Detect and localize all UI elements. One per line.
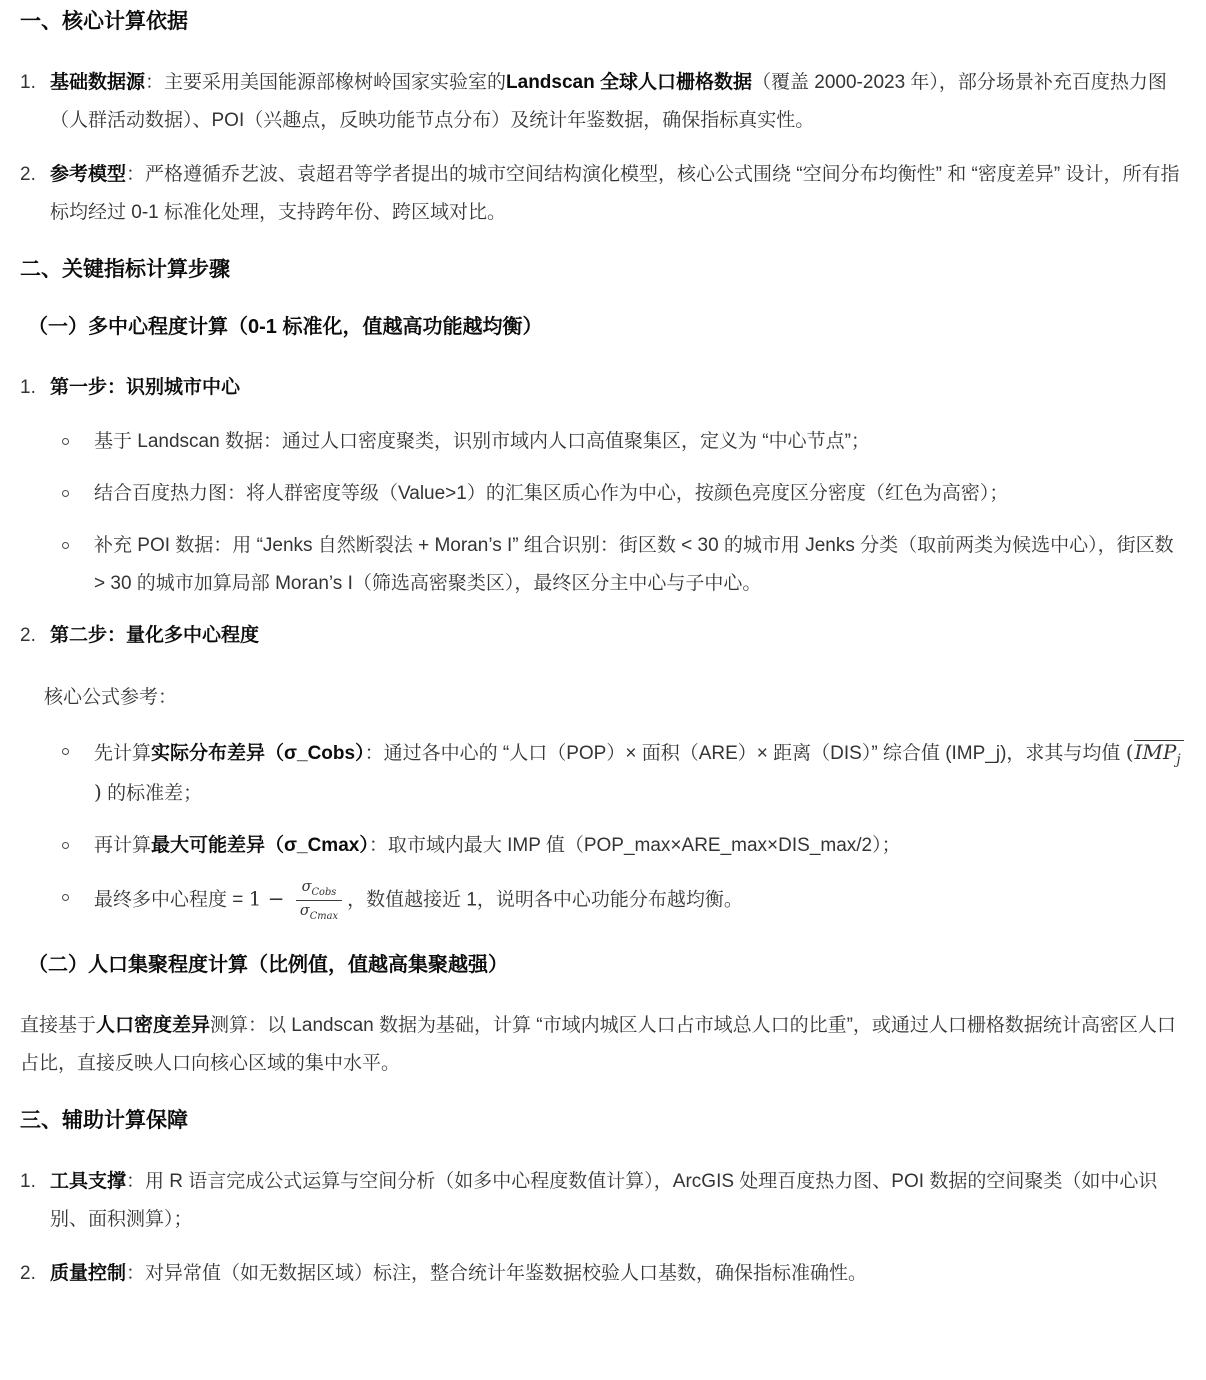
- sigma-variable: σCobs: [302, 879, 337, 895]
- bullet-list-item: 补充 POI 数据：用 “Jenks 自然断裂法 + Moran’s I” 组合…: [20, 527, 1186, 603]
- fraction-denominator: σCmax: [296, 901, 342, 922]
- bullet-list-item: 基于 Landscan 数据：通过人口密度聚类，识别市域内人口高值聚集区，定义为…: [20, 423, 1186, 461]
- bullet-list-item: 先计算实际分布差异（σ_Cobs）：通过各中心的 “人口（POP）× 面积（AR…: [20, 733, 1186, 813]
- bullet-circle-icon: [62, 438, 69, 445]
- text-run: 再计算: [94, 835, 151, 856]
- math-symbol: σ: [300, 903, 310, 919]
- bullet-circle-icon: [62, 748, 69, 755]
- text-run: ：严格遵循乔艺波、袁超君等学者提出的城市空间结构演化模型，核心公式围绕 “空间分…: [50, 164, 1179, 223]
- bullet-circle-icon: [62, 490, 69, 497]
- bullet-list-item: 最终多中心程度 = 1 − σCobsσCmax，数值越接近 1，说明各中心功能…: [20, 879, 1186, 922]
- document-body: 一、核心计算依据1.基础数据源：主要采用美国能源部橡树岭国家实验室的Landsc…: [0, 0, 1206, 1319]
- item-content: 第一步：识别城市中心: [50, 369, 1186, 407]
- numbered-list-item: 1.工具支撑：用 R 语言完成公式运算与空间分析（如多中心程度数值计算），Arc…: [20, 1163, 1186, 1239]
- text-run: 补充 POI 数据：用 “Jenks 自然断裂法 + Moran’s I” 组合…: [94, 535, 1174, 594]
- text-run: 直接基于: [20, 1015, 96, 1036]
- item-content: 参考模型：严格遵循乔艺波、袁超君等学者提出的城市空间结构演化模型，核心公式围绕 …: [50, 156, 1186, 232]
- bullet-circle-icon: [62, 842, 69, 849]
- text-run: 结合百度热力图：将人群密度等级（Value>1）的汇集区质心作为中心，按颜色亮度…: [94, 483, 1008, 504]
- text-run: 最终多中心程度 =: [94, 889, 249, 910]
- numbered-list-item: 2.参考模型：严格遵循乔艺波、袁超君等学者提出的城市空间结构演化模型，核心公式围…: [20, 156, 1186, 232]
- list-number: 2.: [20, 156, 36, 194]
- overlined-variable: IMPj: [1134, 740, 1184, 768]
- bold-text: 人口密度差异: [96, 1015, 210, 1036]
- bold-text: 参考模型: [50, 164, 126, 185]
- math-subscript: j: [1176, 752, 1180, 768]
- formula-fraction: σCobsσCmax: [296, 879, 342, 922]
- list-number: 2.: [20, 1255, 36, 1293]
- bold-text: 工具支撑: [50, 1171, 126, 1192]
- section-heading: 三、辅助计算保障: [20, 1107, 1186, 1135]
- bold-text: 实际分布差异（σ_Cobs）: [151, 743, 365, 764]
- item-content: 核心公式参考：: [44, 679, 1186, 717]
- sigma-variable: σCmax: [300, 903, 338, 919]
- math-symbol: IMP: [1135, 740, 1177, 764]
- bullet-circle-icon: [62, 894, 69, 901]
- numbered-list-item: 1.第一步：识别城市中心: [20, 369, 1186, 407]
- paragraph: 核心公式参考：: [20, 679, 1186, 717]
- text-run: ：取市域内最大 IMP 值（POP_max×ARE_max×DIS_max/2）…: [369, 835, 901, 856]
- bullet-circle-icon: [62, 542, 69, 549]
- text-run: 先计算: [94, 743, 151, 764]
- list-number: 2.: [20, 617, 36, 655]
- bullet-list-item: 再计算最大可能差异（σ_Cmax）：取市域内最大 IMP 值（POP_max×A…: [20, 827, 1186, 865]
- section-heading: 二、关键指标计算步骤: [20, 256, 1186, 284]
- bold-text: 最大可能差异（σ_Cmax）: [151, 835, 369, 856]
- list-number: 1.: [20, 369, 36, 407]
- item-content: 补充 POI 数据：用 “Jenks 自然断裂法 + Moran’s I” 组合…: [94, 527, 1186, 603]
- bold-text: 第一步：识别城市中心: [50, 377, 240, 398]
- math-symbol: σ: [302, 879, 312, 895]
- math-subscript: Cmax: [310, 911, 338, 922]
- item-content: 再计算最大可能差异（σ_Cmax）：取市域内最大 IMP 值（POP_max×A…: [94, 827, 1186, 865]
- item-content: 基于 Landscan 数据：通过人口密度聚类，识别市域内人口高值聚集区，定义为…: [94, 423, 1186, 461]
- paren-close: ): [94, 780, 102, 804]
- text-run: ：通过各中心的 “人口（POP）× 面积（ARE）× 距离（DIS）” 综合值 …: [365, 743, 1126, 764]
- item-content: 最终多中心程度 = 1 − σCobsσCmax，数值越接近 1，说明各中心功能…: [94, 879, 1186, 922]
- item-content: 质量控制：对异常值（如无数据区域）标注，整合统计年鉴数据校验人口基数，确保指标准…: [50, 1255, 1186, 1293]
- text-run: ：主要采用美国能源部橡树岭国家实验室的: [145, 72, 506, 93]
- text-run: 的标准差；: [102, 783, 202, 804]
- paren-open: (: [1126, 740, 1134, 764]
- bold-text: 第二步：量化多中心程度: [50, 625, 259, 646]
- section-heading: 一、核心计算依据: [20, 8, 1186, 36]
- list-number: 1.: [20, 64, 36, 102]
- numbered-list-item: 2.质量控制：对异常值（如无数据区域）标注，整合统计年鉴数据校验人口基数，确保指…: [20, 1255, 1186, 1293]
- subsection-heading: （一）多中心程度计算（0-1 标准化，值越高功能越均衡）: [28, 314, 1186, 341]
- numbered-list-item: 2.第二步：量化多中心程度: [20, 617, 1186, 655]
- item-content: 先计算实际分布差异（σ_Cobs）：通过各中心的 “人口（POP）× 面积（AR…: [94, 733, 1186, 813]
- fraction-numerator: σCobs: [296, 879, 342, 901]
- text-run: ：用 R 语言完成公式运算与空间分析（如多中心程度数值计算），ArcGIS 处理…: [50, 1171, 1157, 1230]
- list-number: 1.: [20, 1163, 36, 1201]
- item-content: 第二步：量化多中心程度: [50, 617, 1186, 655]
- item-content: 基础数据源：主要采用美国能源部橡树岭国家实验室的Landscan 全球人口栅格数…: [50, 64, 1186, 140]
- bold-text: 基础数据源: [50, 72, 145, 93]
- subsection-heading: （二）人口集聚程度计算（比例值，值越高集聚越强）: [28, 952, 1186, 979]
- math-subscript: Cobs: [312, 887, 337, 898]
- item-content: 工具支撑：用 R 语言完成公式运算与空间分析（如多中心程度数值计算），ArcGI…: [50, 1163, 1186, 1239]
- paragraph: 直接基于人口密度差异测算：以 Landscan 数据为基础，计算 “市域内城区人…: [20, 1007, 1186, 1083]
- bold-text: 质量控制: [50, 1263, 126, 1284]
- bold-text: Landscan 全球人口栅格数据: [506, 72, 752, 93]
- text-run: 基于 Landscan 数据：通过人口密度聚类，识别市域内人口高值聚集区，定义为…: [94, 431, 870, 452]
- bullet-list-item: 结合百度热力图：将人群密度等级（Value>1）的汇集区质心作为中心，按颜色亮度…: [20, 475, 1186, 513]
- text-run: ，数值越接近 1，说明各中心功能分布越均衡。: [347, 889, 743, 910]
- item-content: 结合百度热力图：将人群密度等级（Value>1）的汇集区质心作为中心，按颜色亮度…: [94, 475, 1186, 513]
- item-content: 直接基于人口密度差异测算：以 Landscan 数据为基础，计算 “市域内城区人…: [20, 1007, 1186, 1083]
- text-run: 1 −: [249, 886, 291, 910]
- text-run: ：对异常值（如无数据区域）标注，整合统计年鉴数据校验人口基数，确保指标准确性。: [126, 1263, 867, 1284]
- numbered-list-item: 1.基础数据源：主要采用美国能源部橡树岭国家实验室的Landscan 全球人口栅…: [20, 64, 1186, 140]
- text-run: 核心公式参考：: [44, 687, 177, 708]
